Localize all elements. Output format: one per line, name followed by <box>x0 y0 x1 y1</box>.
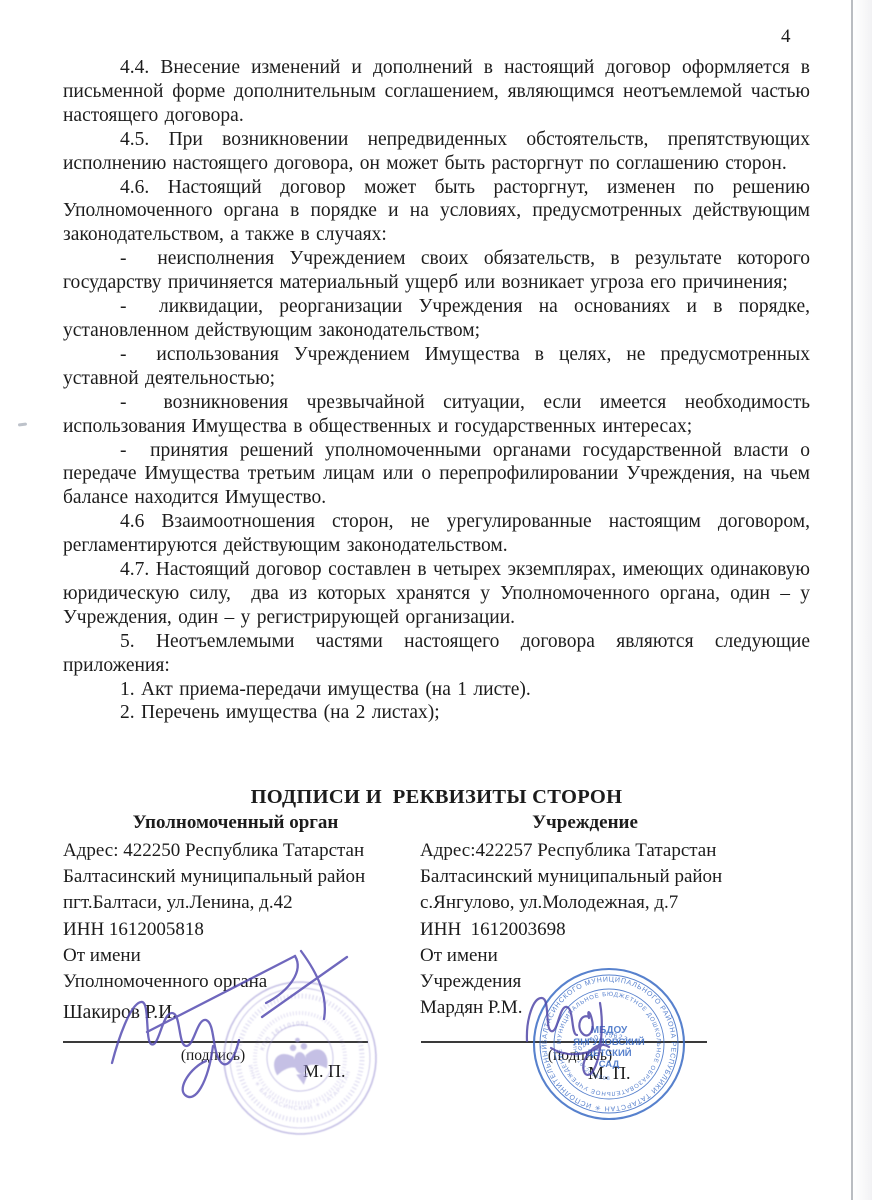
annex-item-1: 1. Акт приема-передачи имущества (на 1 л… <box>63 678 810 702</box>
requisite-line: От имени <box>420 943 750 969</box>
paragraph-4-6b: 4.6 Взаимоотношения сторон, не урегулиро… <box>63 510 810 558</box>
requisite-line: ИНН 1612005818 <box>63 917 408 943</box>
clause-item: - возникновения чрезвычайной ситуации, е… <box>63 391 810 439</box>
right-party-requisites: Адрес:422257 Республика Татарстан Балтас… <box>420 838 750 1021</box>
requisite-line: От имени <box>63 943 408 969</box>
left-seal-caption: М. П. <box>303 1061 346 1082</box>
paragraph-4-4: 4.4. Внесение изменений и дополнений в н… <box>63 56 810 128</box>
requisite-line: Адрес:422257 Республика Татарстан <box>420 838 750 864</box>
requisite-line: Балтасинский муниципальный район <box>420 864 750 890</box>
clause-item: - принятия решений уполномоченными орган… <box>63 439 810 511</box>
paragraph-4-6: 4.6. Настоящий договор может быть растор… <box>63 176 810 248</box>
requisite-line: Уполномоченного органа <box>63 969 408 995</box>
requisite-line: Адрес: 422250 Республика Татарстан <box>63 838 408 864</box>
left-signer-name: Шакиров Р.И. <box>63 1002 177 1024</box>
contract-body: 4.4. Внесение изменений и дополнений в н… <box>63 56 810 725</box>
seal-center-line: МБДОУ <box>591 1025 628 1036</box>
requisite-line: пгт.Балтаси, ул.Ленина, д.42 <box>63 890 408 916</box>
scanned-contract-page: 4 4.4. Внесение изменений и дополнений в… <box>0 0 872 1200</box>
paragraph-5: 5. Неотъемлемыми частями настоящего дого… <box>63 630 810 678</box>
scan-edge-shade <box>854 0 872 1200</box>
clause-item: - использования Учреждением Имущества в … <box>63 343 810 391</box>
scan-artifact-dash <box>18 422 27 426</box>
page-number: 4 <box>781 26 791 48</box>
annex-item-2: 2. Перечень имущества (на 2 листах); <box>63 701 810 725</box>
paragraph-4-7: 4.7. Настоящий договор составлен в четыр… <box>63 558 810 630</box>
right-sign-caption: (подпись) <box>455 1047 705 1065</box>
paragraph-4-5: 4.5. При возникновении непредвиденных об… <box>63 128 810 176</box>
left-party-requisites: Адрес: 422250 Республика Татарстан Балта… <box>63 838 408 995</box>
requisite-line: ИНН 1612003698 <box>420 917 750 943</box>
left-signature-line <box>63 1041 368 1043</box>
right-party-title: Учреждение <box>420 812 750 834</box>
left-party-title: Уполномоченный орган <box>63 812 408 834</box>
clause-item: - неисполнения Учреждением своих обязате… <box>63 247 810 295</box>
requisite-line: Балтасинский муниципальный район <box>63 864 408 890</box>
right-signature-line <box>421 1041 707 1043</box>
requisite-line: Мардян Р.М. <box>420 995 750 1021</box>
signatures-heading: ПОДПИСИ И РЕКВИЗИТЫ СТОРОН <box>63 786 810 809</box>
requisite-line: Учреждения <box>420 969 750 995</box>
scan-edge-line <box>851 0 853 1200</box>
right-seal-caption: М. П. <box>588 1063 631 1084</box>
clause-item: - ликвидации, реорганизации Учреждения н… <box>63 295 810 343</box>
requisite-line: с.Янгулово, ул.Молодежная, д.7 <box>420 890 750 916</box>
